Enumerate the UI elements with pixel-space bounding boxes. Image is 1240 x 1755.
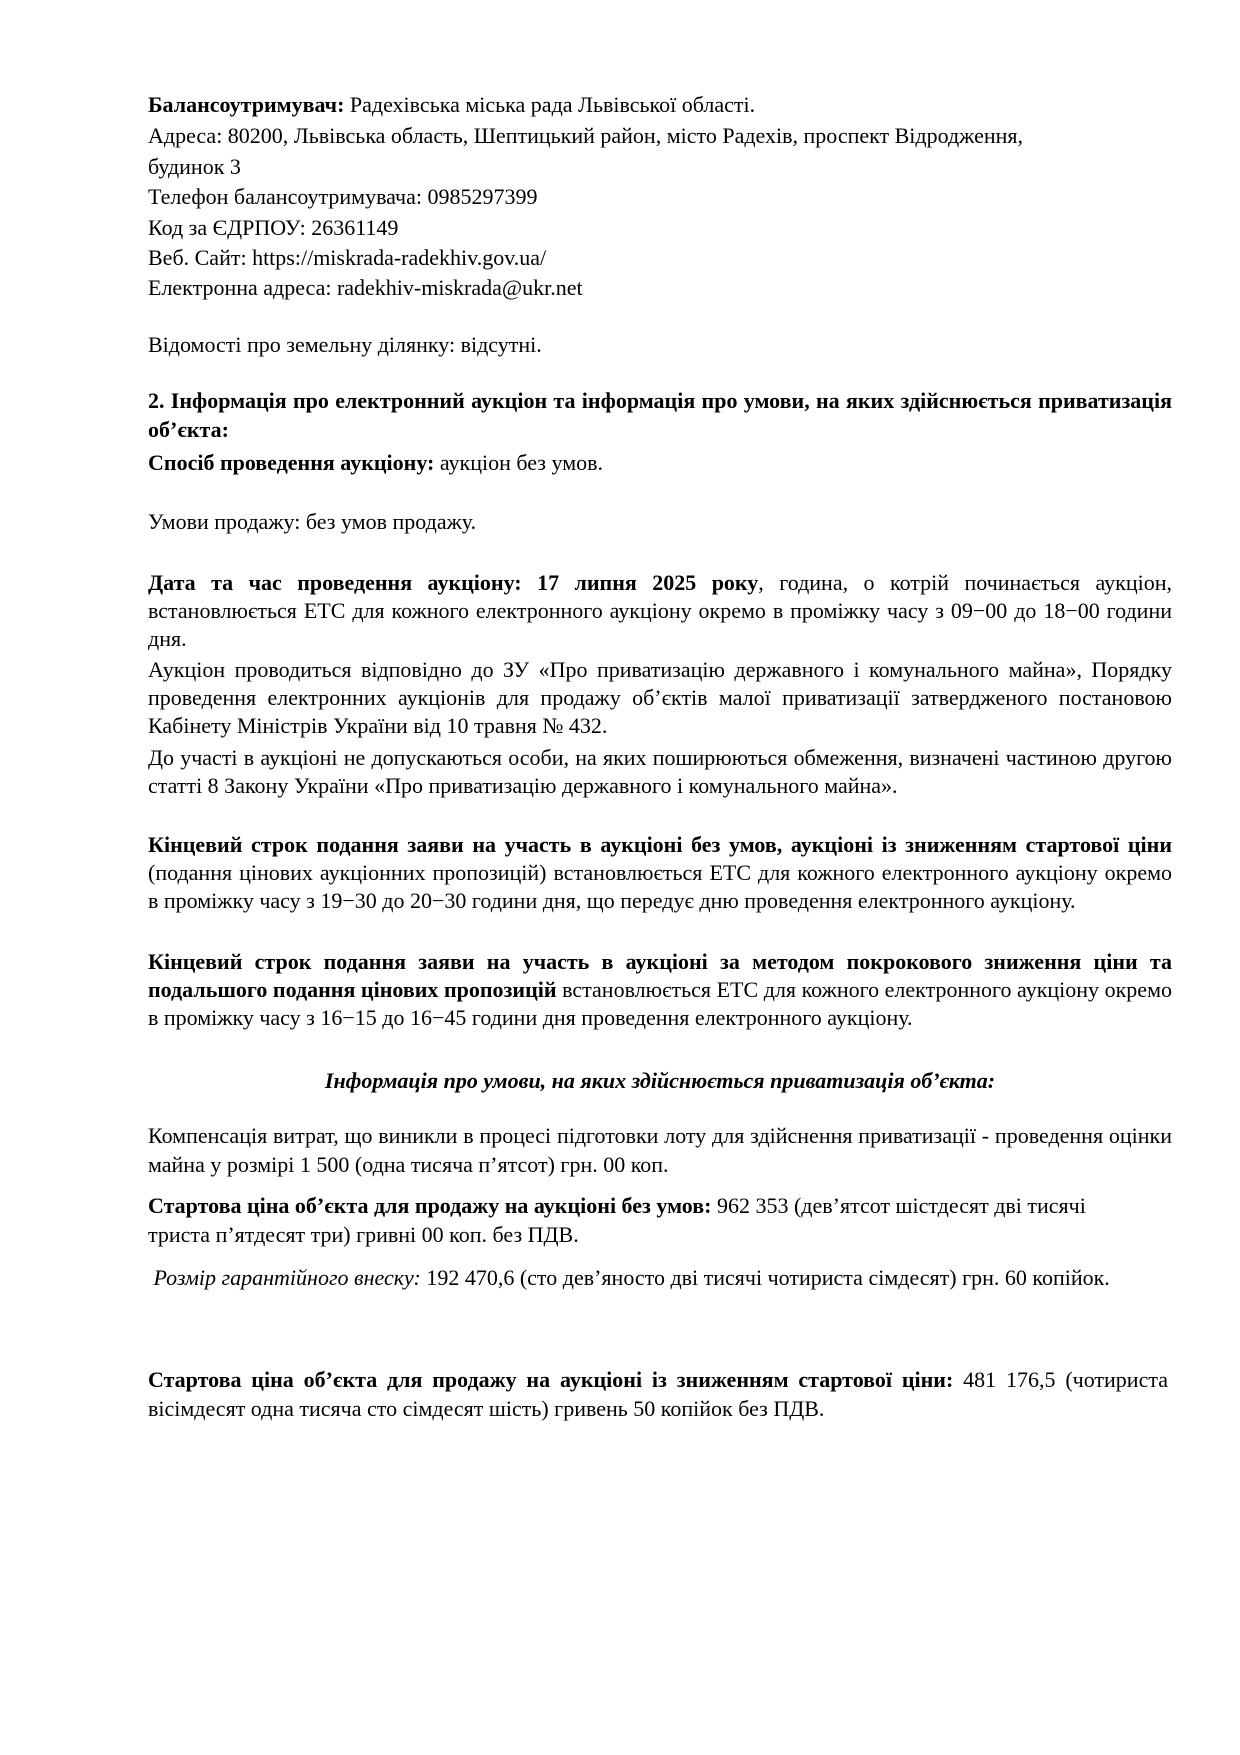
deadline-1: Кінцевий строк подання заяви на участь в… [148, 831, 1172, 915]
sale-terms: Умови продажу: без умов продажу. [148, 505, 476, 538]
compensation: Компенсація витрат, що виникли в процесі… [148, 1121, 1172, 1179]
guarantee-deposit-label: Розмір гарантійного внеску: [154, 1265, 421, 1290]
phone: Телефон балансоутримувача: 0985297399 [148, 180, 538, 213]
restrictions: До участі в аукціоні не допускаються осо… [148, 744, 1172, 800]
deadline-1-rest: (подання цінових аукціонних пропозицій) … [148, 860, 1172, 913]
legal-basis: Аукціон проводиться відповідно до ЗУ «Пр… [148, 656, 1172, 740]
guarantee-deposit-value: 192 470,6 (сто дев’яносто дві тисячі чот… [421, 1265, 1110, 1290]
section-2-heading: 2. Інформація про електронний аукціон та… [148, 386, 1172, 444]
balance-holder: Балансоутримувач: Радехівська міська рад… [148, 88, 755, 121]
email: Електронна адреса: radekhiv-miskrada@ukr… [148, 271, 583, 304]
start-price: Стартова ціна об’єкта для продажу на аук… [148, 1191, 1148, 1249]
website: Веб. Сайт: https://miskrada-radekhiv.gov… [148, 241, 546, 274]
auction-method-value: аукціон без умов. [434, 450, 603, 475]
deadline-1-label: Кінцевий строк подання заяви на участь в… [148, 832, 1172, 857]
land-info: Відомості про земельну ділянку: відсутні… [148, 328, 542, 361]
conditions-heading: Інформація про умови, на яких здійснюєть… [148, 1064, 1172, 1097]
address-line-2: будинок 3 [148, 150, 241, 183]
reduced-start-price: Стартова ціна об’єкта для продажу на аук… [148, 1365, 1168, 1423]
auction-date-label: Дата та час проведення аукціону: 17 липн… [148, 570, 758, 595]
section-2-heading-text: 2. Інформація про електронний аукціон та… [148, 388, 1172, 442]
auction-date: Дата та час проведення аукціону: 17 липн… [148, 569, 1172, 653]
edrpou-code: Код за ЄДРПОУ: 26361149 [148, 211, 398, 244]
address-line-1: Адреса: 80200, Львівська область, Шептиц… [148, 119, 1023, 152]
reduced-start-price-label: Стартова ціна об’єкта для продажу на аук… [148, 1367, 953, 1392]
balance-holder-label: Балансоутримувач: [148, 92, 344, 117]
balance-holder-value: Радехівська міська рада Львівської облас… [344, 92, 755, 117]
start-price-label: Стартова ціна об’єкта для продажу на аук… [148, 1193, 711, 1218]
conditions-heading-text: Інформація про умови, на яких здійснюєть… [325, 1068, 995, 1093]
auction-method-label: Спосіб проведення аукціону: [148, 450, 434, 475]
auction-method: Спосіб проведення аукціону: аукціон без … [148, 446, 603, 479]
guarantee-deposit: Розмір гарантійного внеску: 192 470,6 (с… [148, 1263, 1148, 1292]
deadline-2: Кінцевий строк подання заяви на участь в… [148, 948, 1172, 1032]
